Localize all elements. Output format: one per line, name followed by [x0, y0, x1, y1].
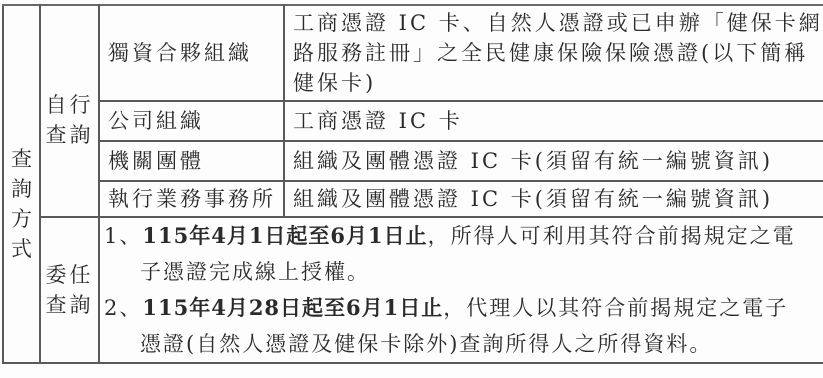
delegated-query-header: 委任 查詢: [40, 217, 99, 363]
delegated-query-header-line: 查詢: [41, 290, 98, 320]
delegated-query-header-line: 委任: [41, 260, 98, 290]
delegated-item-2: 2、115年4月28日起至6月1日止，代理人以其符合前揭規定之電子 憑證(自然人…: [104, 290, 823, 362]
table-row: 執行業務事務所 組織及團體憑證 IC 卡(須留有統一編號資訊): [3, 181, 823, 217]
table-row: 委任 查詢 1、115年4月1日起至6月1日止，所得人可利用其符合前揭規定之電 …: [3, 217, 823, 363]
delegated-query-content: 1、115年4月1日起至6月1日止，所得人可利用其符合前揭規定之電 子憑證完成線…: [99, 217, 823, 363]
header-char: 查: [4, 144, 39, 174]
self-query-header-line: 查詢: [41, 120, 98, 150]
entity-cell: 獨資合夥組織: [99, 5, 284, 101]
certificate-line: 路服務註冊」之全民健康保險保險憑證(以下簡稱: [293, 38, 823, 68]
period-text: 115年4月1日起至6月1日止: [142, 223, 427, 248]
table-row: 機關團體 組織及團體憑證 IC 卡(須留有統一編號資訊): [3, 141, 823, 181]
certificate-cell: 組織及團體憑證 IC 卡(須留有統一編號資訊): [284, 181, 823, 217]
entity-cell: 公司組織: [99, 101, 284, 141]
item-continuation: 子憑證完成線上授權。: [104, 254, 823, 290]
query-method-header: 查 詢 方 式: [3, 5, 40, 363]
table-row: 公司組織 工商憑證 IC 卡: [3, 101, 823, 141]
item-continuation: 憑證(自然人憑證及健保卡除外)查詢所得人之所得資料。: [104, 326, 823, 362]
self-query-header: 自行 查詢: [40, 5, 99, 217]
item-text: ，代理人以其符合前揭規定之電子: [443, 296, 788, 320]
header-char: 式: [4, 234, 39, 264]
delegated-item-1: 1、115年4月1日起至6月1日止，所得人可利用其符合前揭規定之電 子憑證完成線…: [104, 218, 823, 290]
header-char: 詢: [4, 174, 39, 204]
certificate-line: 健保卡): [293, 68, 823, 98]
certificate-cell: 工商憑證 IC 卡、自然人憑證或已申辦「健保卡網 路服務註冊」之全民健康保險保險…: [284, 5, 823, 101]
period-text: 115年4月28日起至6月1日止: [142, 295, 443, 320]
item-text: ，所得人可利用其符合前揭規定之電: [428, 224, 796, 248]
certificate-cell: 工商憑證 IC 卡: [284, 101, 823, 141]
item-number: 2、: [104, 296, 142, 320]
entity-cell: 執行業務事務所: [99, 181, 284, 217]
query-method-table: 查 詢 方 式 自行 查詢 獨資合夥組織 工商憑證 IC 卡、自然人憑證或已申辦…: [2, 4, 823, 364]
self-query-header-line: 自行: [41, 90, 98, 120]
table-row: 查 詢 方 式 自行 查詢 獨資合夥組織 工商憑證 IC 卡、自然人憑證或已申辦…: [3, 5, 823, 101]
certificate-cell: 組織及團體憑證 IC 卡(須留有統一編號資訊): [284, 141, 823, 181]
document-page: 查 詢 方 式 自行 查詢 獨資合夥組織 工商憑證 IC 卡、自然人憑證或已申辦…: [0, 0, 823, 378]
certificate-line: 工商憑證 IC 卡、自然人憑證或已申辦「健保卡網: [293, 8, 823, 38]
entity-cell: 機關團體: [99, 141, 284, 181]
header-char: 方: [4, 204, 39, 234]
item-number: 1、: [104, 224, 142, 248]
